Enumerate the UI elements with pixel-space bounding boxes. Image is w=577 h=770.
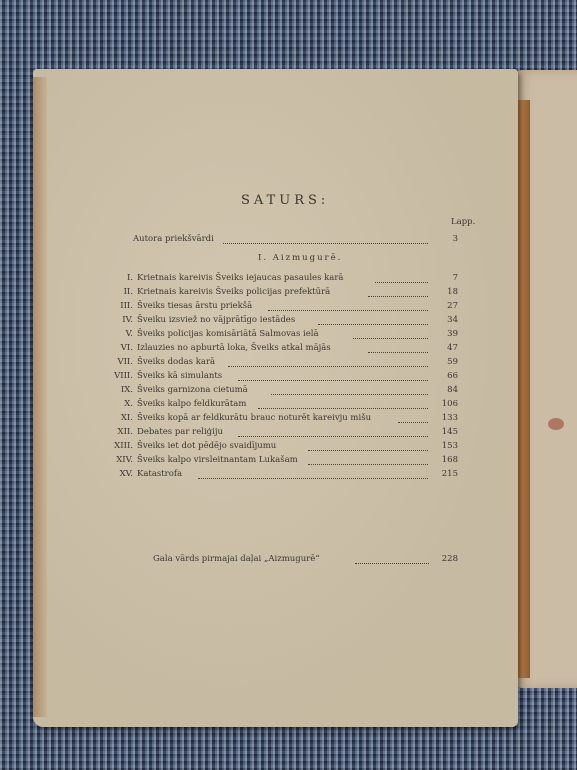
chapter-number: XIV.: [93, 456, 133, 465]
entry-title: Šveiks dodas karā: [137, 358, 215, 367]
chapter-number: XV.: [93, 470, 133, 479]
entry-page: 7: [428, 274, 458, 283]
chapter-number: V.: [93, 330, 133, 339]
toc-row-chapter: V.Šveiks policijas komisāriātā Salmovas …: [33, 330, 518, 342]
chapter-number: II.: [93, 288, 133, 297]
leader-dots: [223, 235, 428, 244]
entry-page: 27: [428, 302, 458, 311]
chapter-number: VII.: [93, 358, 133, 367]
entry-page: 106: [428, 400, 458, 409]
leader-dots: [268, 302, 428, 311]
entry-title: Autora priekšvārdi: [133, 235, 214, 244]
entry-title: Šveiks kalpo feldkurātam: [137, 400, 246, 409]
table-of-contents: SATURS: Lapp. Autora priekšvārdi 3 I. Ai…: [33, 69, 518, 727]
entry-title: Šveiks kopā ar feldkurātu brauc noturēt …: [137, 414, 371, 423]
chapter-number: VIII.: [93, 372, 133, 381]
leader-dots: [258, 400, 428, 409]
toc-title: SATURS:: [241, 194, 329, 207]
entry-page: 18: [428, 288, 458, 297]
entry-title: Šveiks iet dot pēdējo svaidījumu: [137, 442, 276, 451]
leader-dots: [375, 274, 428, 283]
toc-row-chapter: IV.Šveiku izsviež no vājprātīgo iestādes…: [33, 316, 518, 328]
leader-dots: [238, 372, 428, 381]
toc-row-preface: Autora priekšvārdi 3: [33, 235, 518, 247]
toc-row-chapter: X.Šveiks kalpo feldkurātam106: [33, 400, 518, 412]
entry-page: 66: [428, 372, 458, 381]
entry-title: Krietnais kareivis Šveiks iejaucas pasau…: [137, 274, 344, 283]
entry-title: Katastrofa: [137, 470, 182, 479]
entry-page: 84: [428, 386, 458, 395]
entry-page: 228: [428, 555, 458, 564]
toc-row-chapter: VII.Šveiks dodas karā59: [33, 358, 518, 370]
leader-dots: [308, 442, 428, 451]
entry-page: 133: [428, 414, 458, 423]
toc-row-chapter: XIV.Šveiks kalpo virsleitnantam Lukašam1…: [33, 456, 518, 468]
part-heading: I. Aizmugurē.: [258, 254, 342, 263]
leader-dots: [238, 428, 428, 437]
entry-page: 168: [428, 456, 458, 465]
leader-dots: [198, 470, 428, 479]
entry-page: 59: [428, 358, 458, 367]
toc-row-chapter: VIII.Šveiks kā simulants66: [33, 372, 518, 384]
chapter-number: III.: [93, 302, 133, 311]
leader-dots: [368, 344, 428, 353]
entry-title: Šveiks policijas komisāriātā Salmovas ie…: [137, 330, 319, 339]
entry-page: 145: [428, 428, 458, 437]
entry-title: Šveiks kā simulants: [137, 372, 222, 381]
leader-dots: [318, 316, 428, 325]
leader-dots: [355, 555, 429, 564]
paper-stain: [548, 418, 564, 430]
chapter-number: I.: [93, 274, 133, 283]
entry-title: Debates par reliģiju: [137, 428, 223, 437]
toc-row-chapter: XII.Debates par reliģiju145: [33, 428, 518, 440]
chapter-number: XI.: [93, 414, 133, 423]
toc-row-epilogue: Gala vārds pirmajai daļai „Aizmugurē“ 22…: [33, 555, 518, 567]
chapter-number: VI.: [93, 344, 133, 353]
leader-dots: [368, 288, 428, 297]
book-page: SATURS: Lapp. Autora priekšvārdi 3 I. Ai…: [33, 69, 518, 727]
chapter-number: XII.: [93, 428, 133, 437]
toc-row-chapter: XIII.Šveiks iet dot pēdējo svaidījumu153: [33, 442, 518, 454]
toc-row-chapter: XI.Šveiks kopā ar feldkurātu brauc notur…: [33, 414, 518, 426]
page-column-header: Lapp.: [451, 218, 475, 227]
toc-row-chapter: I.Krietnais kareivis Šveiks iejaucas pas…: [33, 274, 518, 286]
entry-page: 153: [428, 442, 458, 451]
chapter-number: IV.: [93, 316, 133, 325]
chapter-number: X.: [93, 400, 133, 409]
entry-title: Krietnais kareivis Šveiks policijas pref…: [137, 288, 330, 297]
leader-dots: [398, 414, 428, 423]
toc-row-chapter: XV.Katastrofa215: [33, 470, 518, 482]
leader-dots: [228, 358, 428, 367]
toc-row-chapter: IX.Šveiks garnizona cietumā84: [33, 386, 518, 398]
entry-page: 47: [428, 344, 458, 353]
entry-title: Izlauzies no apburtā loka, Šveiks atkal …: [137, 344, 331, 353]
entry-title: Gala vārds pirmajai daļai „Aizmugurē“: [153, 555, 320, 564]
chapter-number: IX.: [93, 386, 133, 395]
entry-title: Šveiks garnizona cietumā: [137, 386, 248, 395]
entry-page: 3: [428, 235, 458, 244]
entry-title: Šveiku izsviež no vājprātīgo iestādes: [137, 316, 295, 325]
leader-dots: [271, 386, 428, 395]
entry-title: Šveiks kalpo virsleitnantam Lukašam: [137, 456, 298, 465]
chapter-number: XIII.: [93, 442, 133, 451]
entry-page: 34: [428, 316, 458, 325]
entry-title: Šveiks tiesas ārstu priekšā: [137, 302, 252, 311]
entry-page: 39: [428, 330, 458, 339]
leader-dots: [353, 330, 428, 339]
toc-row-chapter: II.Krietnais kareivis Šveiks policijas p…: [33, 288, 518, 300]
toc-row-chapter: VI.Izlauzies no apburtā loka, Šveiks atk…: [33, 344, 518, 356]
entry-page: 215: [428, 470, 458, 479]
leader-dots: [308, 456, 428, 465]
toc-row-chapter: III.Šveiks tiesas ārstu priekšā27: [33, 302, 518, 314]
